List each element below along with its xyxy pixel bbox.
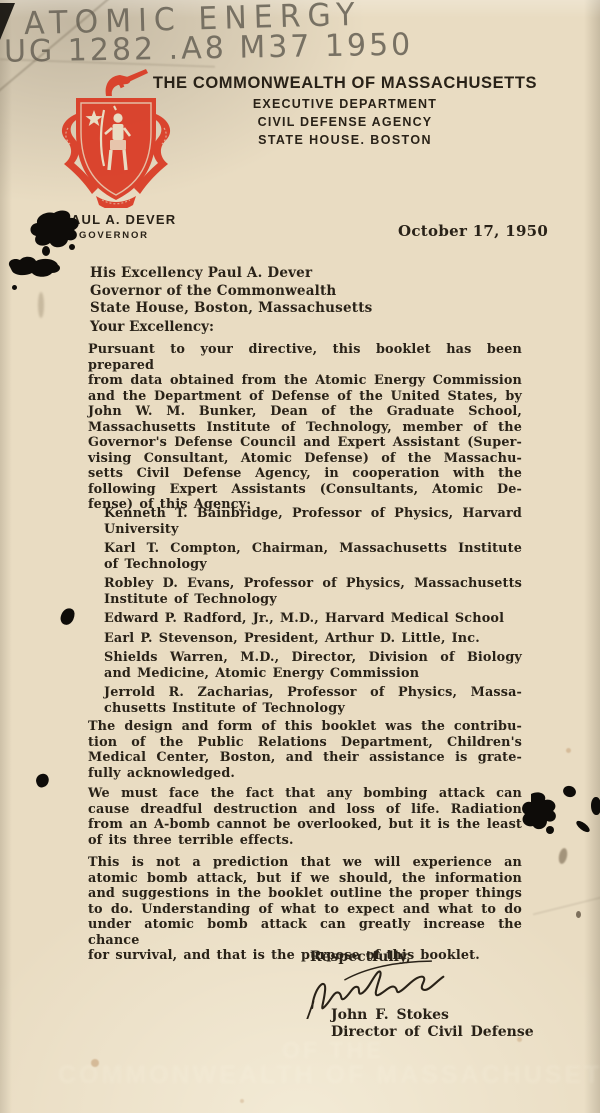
paragraph-design-credit: The design and form of this booklet was … — [88, 719, 522, 781]
text-line: and suggestions in the booklet outline t… — [88, 886, 522, 902]
text-line: atomic bomb attack, but if we should, th… — [88, 871, 522, 887]
text-line: Earl P. Stevenson, President, Arthur D. … — [104, 631, 522, 647]
text-line: of Technology — [104, 557, 522, 573]
text-line: vising Consultant, Atomic Defense) of th… — [88, 451, 522, 467]
ink-smudge — [38, 292, 44, 318]
paragraph-directive: Pursuant to your directive, this booklet… — [88, 342, 522, 513]
text-line: cause dreadful destruction and loss of l… — [88, 802, 522, 818]
ink-blot — [6, 249, 64, 281]
paper-crease — [533, 897, 600, 915]
text-line: Karl T. Compton, Chairman, Massachusetts… — [104, 541, 522, 557]
salutation: Your Excellency: — [90, 319, 214, 335]
ink-blot — [517, 788, 561, 836]
text-line: from data obtained from the Atomic Energ… — [88, 373, 522, 389]
showthrough-ghost-text: OF THE — [282, 1037, 384, 1064]
text-line: Kenneth T. Bainbridge, Professor of Phys… — [104, 506, 522, 522]
signer-name: John F. Stokes — [331, 1007, 449, 1023]
text-line: setts Civil Defense Agency, in cooperati… — [88, 466, 522, 482]
text-line: John W. M. Bunker, Dean of the Graduate … — [88, 404, 522, 420]
text-line: This is not a prediction that we will ex… — [88, 855, 522, 871]
showthrough-ghost-text: COMMONWEALTH OF MASSACHUSETTS — [58, 1061, 600, 1090]
assistant-entry: Jerrold R. Zacharias, Professor of Physi… — [104, 685, 522, 716]
scanned-letter-page: ATOMIC ENERGY UG 1282 .A8 M37 1950 — [0, 0, 600, 1113]
letter-date: October 17, 1950 — [398, 222, 548, 240]
recipient-address-block: His Excellency Paul A. DeverGovernor of … — [90, 265, 372, 318]
ink-blot — [59, 607, 76, 627]
text-line: Institute of Technology — [104, 592, 522, 608]
foxing-stain — [240, 1099, 244, 1103]
text-line: to do. Understanding of what to expect a… — [88, 902, 522, 918]
governor-title: GOVERNOR — [79, 230, 149, 241]
assistant-entry: Earl P. Stevenson, President, Arthur D. … — [104, 631, 522, 647]
assistant-entry: Edward P. Radford, Jr., M.D., Harvard Me… — [104, 611, 522, 627]
ink-blot — [591, 797, 600, 815]
ink-blot — [562, 784, 578, 798]
ink-smudge — [557, 847, 568, 864]
expert-assistants-list: Kenneth T. Bainbridge, Professor of Phys… — [104, 506, 522, 720]
text-line: His Excellency Paul A. Dever — [90, 265, 372, 283]
assistant-entry: Shields Warren, M.D., Director, Division… — [104, 650, 522, 681]
text-line: Governor of the Commonwealth — [90, 283, 372, 301]
letterhead-agency: CIVIL DEFENSE AGENCY — [145, 115, 545, 129]
ink-blot — [575, 819, 592, 834]
letterhead-organization: THE COMMONWEALTH OF MASSACHUSETTS — [145, 74, 545, 93]
ink-blot — [12, 285, 17, 290]
text-line: State House, Boston, Massachusetts — [90, 300, 372, 318]
text-line: chusetts Institute of Technology — [104, 701, 522, 717]
assistant-entry: Robley D. Evans, Professor of Physics, M… — [104, 576, 522, 607]
text-line: and the Department of Defense of the Uni… — [88, 389, 522, 405]
letterhead-address: STATE HOUSE. BOSTON — [145, 133, 545, 147]
paragraph-purpose: This is not a prediction that we will ex… — [88, 855, 522, 964]
letterhead-department: EXECUTIVE DEPARTMENT — [145, 97, 545, 111]
text-line: from an A-bomb cannot be overlooked, but… — [88, 817, 522, 833]
text-line: under atomic bomb attack can greatly inc… — [88, 917, 522, 948]
text-line: Robley D. Evans, Professor of Physics, M… — [104, 576, 522, 592]
text-line: University — [104, 522, 522, 538]
text-line: of its three terrible effects. — [88, 833, 522, 849]
text-line: We must face the fact that any bombing a… — [88, 786, 522, 802]
text-line: Pursuant to your directive, this booklet… — [88, 342, 522, 373]
assistant-entry: Kenneth T. Bainbridge, Professor of Phys… — [104, 506, 522, 537]
text-line: Jerrold R. Zacharias, Professor of Physi… — [104, 685, 522, 701]
foxing-stain — [566, 748, 571, 753]
text-line: fully acknowledged. — [88, 766, 522, 782]
foxing-stain — [517, 1037, 522, 1042]
text-line: Edward P. Radford, Jr., M.D., Harvard Me… — [104, 611, 522, 627]
text-line: Shields Warren, M.D., Director, Division… — [104, 650, 522, 666]
text-line: Governor's Defense Council and Expert As… — [88, 435, 522, 451]
text-line: and Medicine, Atomic Energy Commission — [104, 666, 522, 682]
ink-smudge — [576, 911, 581, 918]
assistant-entry: Karl T. Compton, Chairman, Massachusetts… — [104, 541, 522, 572]
text-line: following Expert Assistants (Consultants… — [88, 482, 522, 498]
ink-blot — [34, 772, 51, 789]
text-line: tion of the Public Relations Department,… — [88, 735, 522, 751]
foxing-stain — [91, 1059, 99, 1067]
text-line: The design and form of this booklet was … — [88, 719, 522, 735]
text-line: Massachusetts Institute of Technology, m… — [88, 420, 522, 436]
paragraph-bombing-facts: We must face the fact that any bombing a… — [88, 786, 522, 848]
text-line: Medical Center, Boston, and their assist… — [88, 750, 522, 766]
